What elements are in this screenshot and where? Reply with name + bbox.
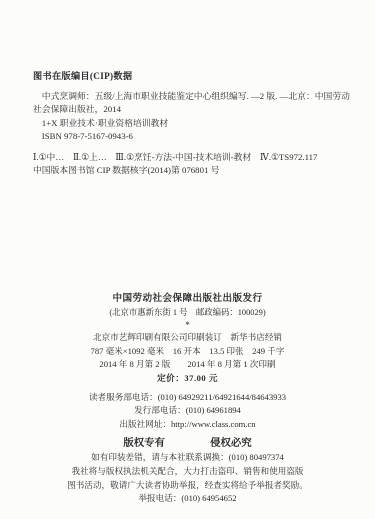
edition-printing-line: 2014 年 8 月第 2 版 2014 年 8 月第 1 次印刷: [0, 358, 375, 372]
cip-header: 图书在版编目(CIP)数据: [33, 70, 351, 84]
copyright-notice-right: 侵权必究: [210, 436, 252, 451]
book-copyright-page: 图书在版编目(CIP)数据 中式烹调师：五级/上海市职业技能鉴定中心组织编写. …: [0, 0, 375, 519]
format-spec-line: 787 毫米×1092 毫米 16 开本 13.5 印张 249 千字: [0, 345, 375, 359]
report-phone: 举报电话：(010) 64954652: [0, 492, 375, 506]
star-divider: *: [0, 319, 375, 331]
cip-classification: Ⅰ.①中… Ⅱ.①上… Ⅲ.①烹饪-方法-中国-技术培训-教材 Ⅳ.①TS972…: [33, 151, 351, 165]
cip-series-title: 1+X 职业技术·职业资格培训教材: [33, 117, 351, 131]
anti-piracy-notice-group: 如有印装差错，请与本社联系调换：(010) 80497374 我社将与版权执法机…: [0, 451, 375, 505]
colophon-block: 中国劳动社会保障出版社出版发行 (北京市惠新东街 1 号 邮政编码：100029…: [0, 292, 375, 506]
anti-piracy-line2: 图书活动，敬请广大读者协助举报，经查实将给予举报者奖励。: [0, 479, 375, 493]
distribution-phone: 发行部电话：(010) 64961894: [0, 404, 375, 418]
publisher-website: 出版社网址：http://www.class.com.cn: [0, 418, 375, 432]
cip-record-number: 中国版本图书馆 CIP 数据核字(2014)第 076801 号: [33, 164, 351, 178]
contact-info-group: 读者服务部电话：(010) 64929211/64921644/84643933…: [0, 391, 375, 432]
cip-data-block: 图书在版编目(CIP)数据 中式烹调师：五级/上海市职业技能鉴定中心组织编写. …: [33, 70, 351, 178]
misprint-notice: 如有印装差错，请与本社联系调换：(010) 80497374: [0, 451, 375, 465]
price-line: 定价：37.00 元: [0, 372, 375, 386]
cip-description: 中式烹调师：五级/上海市职业技能鉴定中心组织编写. —2 版. —北京：中国劳动…: [33, 90, 351, 117]
copyright-notice-left: 版权专有: [123, 436, 165, 451]
copyright-notice: 版权专有 侵权必究: [0, 436, 375, 451]
publisher-name: 中国劳动社会保障出版社出版发行: [0, 292, 375, 306]
anti-piracy-line1: 我社将与版权执法机关配合，大力打击盗印、销售和使用盗版: [0, 465, 375, 479]
printer-distribution-line: 北京市艺辉印刷有限公司印刷装订 新华书店经销: [0, 331, 375, 345]
publisher-address: (北京市惠新东街 1 号 邮政编码：100029): [0, 306, 375, 320]
cip-isbn: ISBN 978-7-5167-0943-6: [33, 130, 351, 144]
reader-service-phone: 读者服务部电话：(010) 64929211/64921644/84643933: [0, 391, 375, 405]
